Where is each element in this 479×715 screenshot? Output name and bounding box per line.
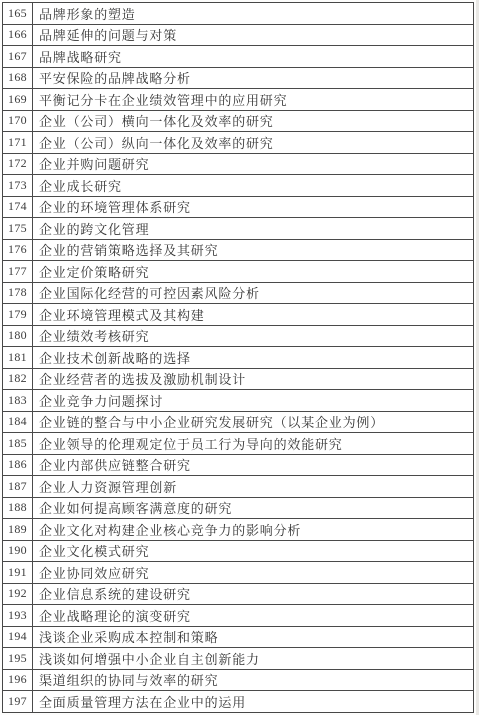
table-row: 197 全面质量管理方法在企业中的运用 xyxy=(3,691,473,712)
topics-table: 165 品牌形象的塑造 166 品牌延伸的问题与对策 167 品牌战略研究 16… xyxy=(2,2,474,713)
row-title: 平衡记分卡在企业绩效管理中的应用研究 xyxy=(33,89,473,110)
row-number: 167 xyxy=(3,46,33,67)
row-number: 185 xyxy=(3,433,33,454)
row-title: 企业绩效考核研究 xyxy=(33,326,473,347)
row-number: 192 xyxy=(3,584,33,605)
table-row: 194 浅谈企业采购成本控制和策略 xyxy=(3,627,473,649)
row-title: 企业定价策略研究 xyxy=(33,261,473,282)
row-number: 183 xyxy=(3,390,33,411)
row-title: 企业的环境管理体系研究 xyxy=(33,197,473,218)
row-number: 194 xyxy=(3,627,33,648)
row-number: 174 xyxy=(3,197,33,218)
row-number: 169 xyxy=(3,89,33,110)
table-row: 187 企业人力资源管理创新 xyxy=(3,476,473,498)
row-title: 企业（公司）横向一体化及效率的研究 xyxy=(33,111,473,132)
row-title: 品牌延伸的问题与对策 xyxy=(33,25,473,46)
table-row: 181 企业技术创新战略的选择 xyxy=(3,347,473,369)
table-row: 173 企业成长研究 xyxy=(3,175,473,197)
row-title: 企业（公司）纵向一体化及效率的研究 xyxy=(33,132,473,153)
document-page: 165 品牌形象的塑造 166 品牌延伸的问题与对策 167 品牌战略研究 16… xyxy=(0,0,479,715)
row-number: 195 xyxy=(3,648,33,669)
row-number: 178 xyxy=(3,283,33,304)
table-row: 178 企业国际化经营的可控因素风险分析 xyxy=(3,283,473,305)
row-number: 180 xyxy=(3,326,33,347)
table-row: 180 企业绩效考核研究 xyxy=(3,326,473,348)
table-row: 172 企业并购问题研究 xyxy=(3,154,473,176)
row-number: 168 xyxy=(3,68,33,89)
row-number: 165 xyxy=(3,3,33,24)
row-title: 企业技术创新战略的选择 xyxy=(33,347,473,368)
row-number: 193 xyxy=(3,605,33,626)
row-number: 166 xyxy=(3,25,33,46)
topics-table-body: 165 品牌形象的塑造 166 品牌延伸的问题与对策 167 品牌战略研究 16… xyxy=(3,3,473,712)
table-row: 176 企业的营销策略选择及其研究 xyxy=(3,240,473,262)
row-title: 企业国际化经营的可控因素风险分析 xyxy=(33,283,473,304)
row-title: 平安保险的品牌战略分析 xyxy=(33,68,473,89)
row-title: 企业的跨文化管理 xyxy=(33,218,473,239)
table-row: 193 企业战略理论的演变研究 xyxy=(3,605,473,627)
row-title: 企业的营销策略选择及其研究 xyxy=(33,240,473,261)
row-number: 189 xyxy=(3,519,33,540)
row-number: 181 xyxy=(3,347,33,368)
row-title: 企业成长研究 xyxy=(33,175,473,196)
table-row: 188 企业如何提高顾客满意度的研究 xyxy=(3,498,473,520)
table-row: 190 企业文化模式研究 xyxy=(3,541,473,563)
row-number: 197 xyxy=(3,691,33,712)
table-row: 186 企业内部供应链整合研究 xyxy=(3,455,473,477)
table-row: 171 企业（公司）纵向一体化及效率的研究 xyxy=(3,132,473,154)
row-number: 182 xyxy=(3,369,33,390)
table-row: 168 平安保险的品牌战略分析 xyxy=(3,68,473,90)
row-title: 企业内部供应链整合研究 xyxy=(33,455,473,476)
row-title: 企业领导的伦理观定位于员工行为导向的效能研究 xyxy=(33,433,473,454)
row-title: 企业并购问题研究 xyxy=(33,154,473,175)
table-row: 191 企业协同效应研究 xyxy=(3,562,473,584)
row-title: 企业链的整合与中小企业研究发展研究（以某企业为例） xyxy=(33,412,473,433)
row-number: 177 xyxy=(3,261,33,282)
row-number: 170 xyxy=(3,111,33,132)
row-title: 企业经营者的选拔及激励机制设计 xyxy=(33,369,473,390)
table-row: 179 企业环境管理模式及其构建 xyxy=(3,304,473,326)
row-number: 184 xyxy=(3,412,33,433)
row-title: 企业文化模式研究 xyxy=(33,541,473,562)
table-row: 167 品牌战略研究 xyxy=(3,46,473,68)
table-row: 177 企业定价策略研究 xyxy=(3,261,473,283)
table-row: 169 平衡记分卡在企业绩效管理中的应用研究 xyxy=(3,89,473,111)
table-row: 184 企业链的整合与中小企业研究发展研究（以某企业为例） xyxy=(3,412,473,434)
row-title: 品牌形象的塑造 xyxy=(33,3,473,24)
row-number: 176 xyxy=(3,240,33,261)
row-title: 企业文化对构建企业核心竞争力的影响分析 xyxy=(33,519,473,540)
table-row: 196 渠道组织的协同与效率的研究 xyxy=(3,670,473,692)
row-title: 浅谈如何增强中小企业自主创新能力 xyxy=(33,648,473,669)
table-row: 174 企业的环境管理体系研究 xyxy=(3,197,473,219)
row-title: 品牌战略研究 xyxy=(33,46,473,67)
table-row: 195 浅谈如何增强中小企业自主创新能力 xyxy=(3,648,473,670)
row-title: 企业协同效应研究 xyxy=(33,562,473,583)
row-title: 企业竞争力问题探讨 xyxy=(33,390,473,411)
row-title: 企业战略理论的演变研究 xyxy=(33,605,473,626)
table-row: 165 品牌形象的塑造 xyxy=(3,3,473,25)
row-number: 190 xyxy=(3,541,33,562)
row-title: 企业如何提高顾客满意度的研究 xyxy=(33,498,473,519)
table-row: 175 企业的跨文化管理 xyxy=(3,218,473,240)
table-row: 170 企业（公司）横向一体化及效率的研究 xyxy=(3,111,473,133)
row-number: 187 xyxy=(3,476,33,497)
row-title: 全面质量管理方法在企业中的运用 xyxy=(33,691,473,712)
row-number: 171 xyxy=(3,132,33,153)
table-row: 183 企业竞争力问题探讨 xyxy=(3,390,473,412)
row-number: 186 xyxy=(3,455,33,476)
table-row: 189 企业文化对构建企业核心竞争力的影响分析 xyxy=(3,519,473,541)
row-title: 渠道组织的协同与效率的研究 xyxy=(33,670,473,691)
row-number: 191 xyxy=(3,562,33,583)
table-row: 166 品牌延伸的问题与对策 xyxy=(3,25,473,47)
row-title: 企业人力资源管理创新 xyxy=(33,476,473,497)
row-title: 浅谈企业采购成本控制和策略 xyxy=(33,627,473,648)
row-number: 179 xyxy=(3,304,33,325)
table-row: 185 企业领导的伦理观定位于员工行为导向的效能研究 xyxy=(3,433,473,455)
row-number: 173 xyxy=(3,175,33,196)
row-title: 企业信息系统的建设研究 xyxy=(33,584,473,605)
table-row: 182 企业经营者的选拔及激励机制设计 xyxy=(3,369,473,391)
row-number: 196 xyxy=(3,670,33,691)
row-number: 188 xyxy=(3,498,33,519)
row-number: 172 xyxy=(3,154,33,175)
row-number: 175 xyxy=(3,218,33,239)
table-row: 192 企业信息系统的建设研究 xyxy=(3,584,473,606)
row-title: 企业环境管理模式及其构建 xyxy=(33,304,473,325)
